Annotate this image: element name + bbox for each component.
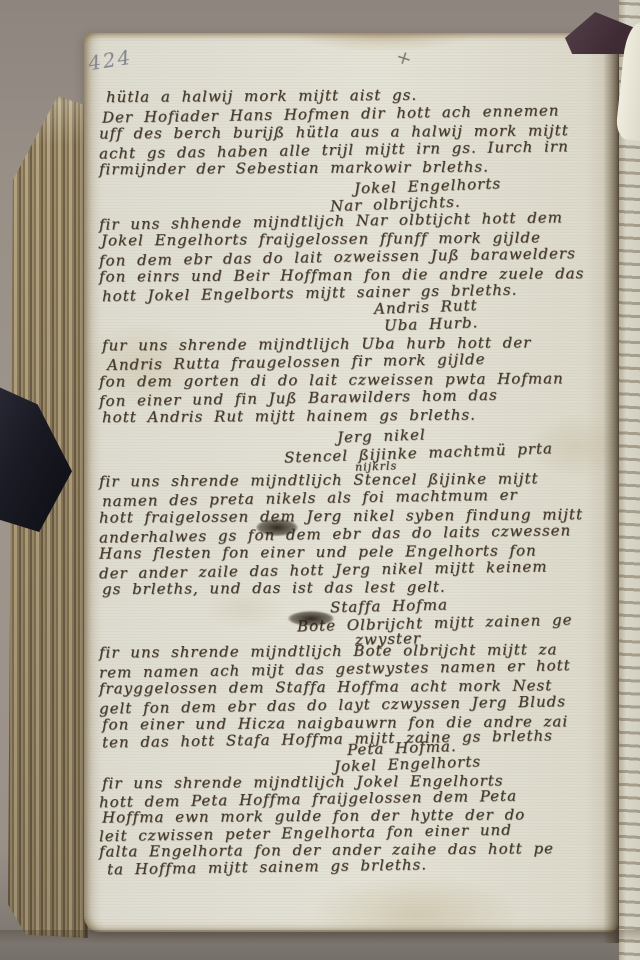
manuscript-line: hott Andris Rut mijtt hainem gs brleths.	[102, 406, 476, 427]
manuscript-line: firmijnder der Sebestian markowir brleth…	[99, 158, 489, 179]
signature-line: Stencel ßijinke machtmü prta	[284, 439, 553, 466]
manuscript-line: hütla a halwij mork mijtt aist gs.	[106, 86, 417, 106]
manuscript-page: 424 + hütla a halwij mork mijtt aist gs.…	[84, 33, 618, 932]
folio-number: 424	[86, 45, 133, 76]
ink-blot	[288, 611, 334, 626]
manuscript-line: gs brleths, und das ist das lest gelt.	[102, 578, 446, 598]
photo-backdrop: 424 + hütla a halwij mork mijtt aist gs.…	[0, 0, 640, 960]
book-shadow	[0, 930, 640, 944]
ink-blot	[256, 519, 298, 536]
collation-mark: +	[393, 45, 415, 71]
next-page-edge	[619, 0, 640, 960]
manuscript-line: ta Hoffma mijtt sainem gs brleths.	[107, 855, 427, 878]
signature-line: Uba Hurb.	[384, 313, 479, 334]
